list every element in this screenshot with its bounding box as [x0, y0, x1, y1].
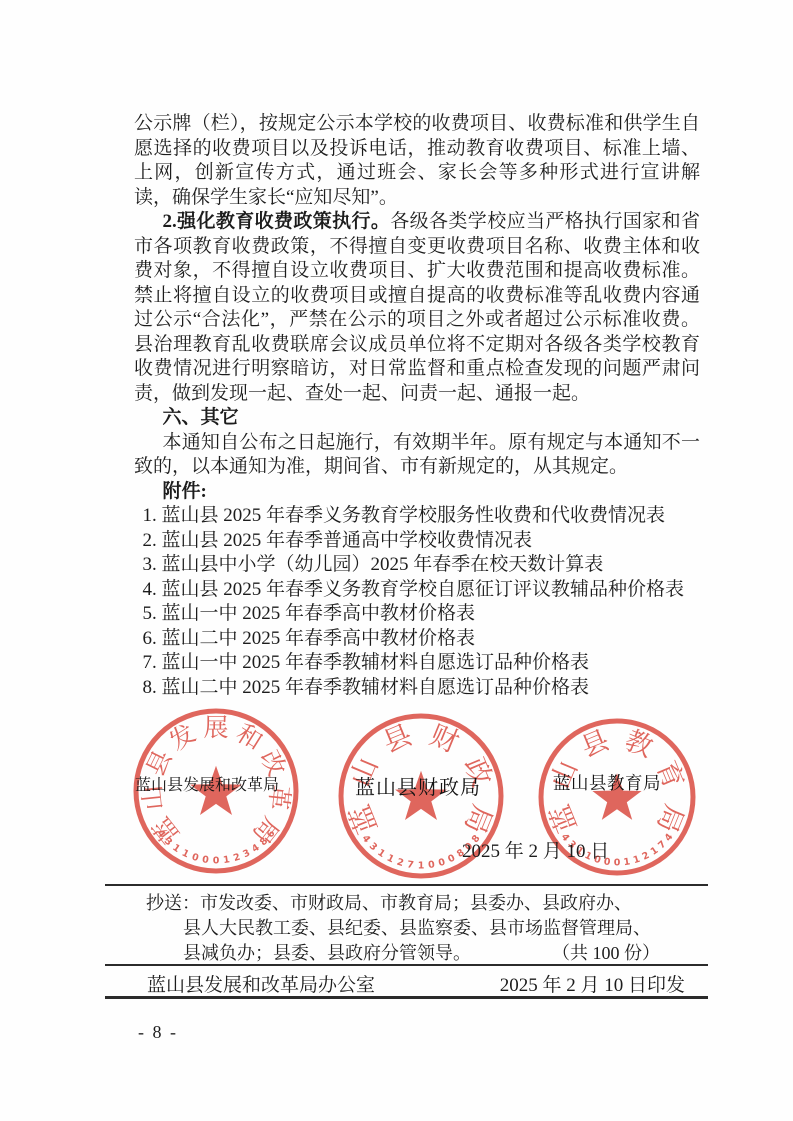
- svg-text:0: 0: [213, 856, 220, 867]
- svg-text:0: 0: [190, 852, 200, 865]
- svg-text:1: 1: [375, 847, 387, 860]
- cc-text-1: 市发改委、市财政局、市教育局；县委办、县政府办、: [200, 893, 632, 913]
- footer-divider-middle: [105, 964, 708, 966]
- attachment-item: 7. 蓝山一中 2025 年春季教辅材料自愿选订品种价格表: [134, 651, 700, 676]
- issuer-finance-bureau: 蓝山县财政局: [355, 771, 481, 800]
- cc-label: 抄送：: [146, 893, 200, 913]
- attachments-list: 1. 蓝山县 2025 年春季义务教育学校服务性收费和代收费情况表 2. 蓝山县…: [134, 504, 700, 700]
- svg-text:1: 1: [180, 848, 191, 861]
- paragraph-policy-enforcement: 2.强化教育收费政策执行。各级各类学校应当严格执行国家和省市各项教育收费政策，不…: [134, 210, 700, 406]
- document-body: 公示牌（栏），按规定公示本学校的收费项目、收费标准和供学生自愿选择的收费项目以及…: [134, 112, 700, 700]
- printing-office: 蓝山县发展和改革局办公室: [147, 970, 375, 997]
- cc-line-2: 县人大民教工委、县纪委、县监察委、县市场监督管理局、: [183, 914, 651, 940]
- svg-text:0: 0: [614, 858, 621, 869]
- paragraph-policy-text: 各级各类学校应当严格执行国家和省市各项教育收费政策，不得擅自变更收费项目名称、收…: [134, 211, 700, 404]
- svg-text:3: 3: [367, 841, 379, 854]
- printing-date: 2025 年 2 月 10 日印发: [500, 970, 685, 997]
- svg-text:1: 1: [623, 856, 631, 868]
- attachment-item: 6. 蓝山二中 2025 年春季高中教材价格表: [134, 627, 700, 652]
- svg-text:1: 1: [418, 861, 425, 872]
- section-heading-other: 六、其它: [134, 406, 700, 431]
- document-page: 公示牌（栏），按规定公示本学校的收费项目、收费标准和供学生自愿选择的收费项目以及…: [0, 0, 793, 1121]
- svg-text:0: 0: [201, 854, 210, 866]
- svg-text:0: 0: [427, 859, 436, 871]
- attachment-item: 1. 蓝山县 2025 年春季义务教育学校服务性收费和代收费情况表: [134, 504, 700, 529]
- page-number: - 8 -: [138, 1022, 178, 1043]
- attachment-item: 8. 蓝山二中 2025 年春季教辅材料自愿选订品种价格表: [134, 676, 700, 701]
- svg-text:2: 2: [395, 857, 405, 869]
- attachment-item: 2. 蓝山县 2025 年春季普通高中学校收费情况表: [134, 529, 700, 554]
- paragraph-lead-bold: 2.强化教育收费政策执行。: [163, 211, 391, 232]
- attachments-label: 附件:: [134, 480, 700, 505]
- issuer-development-reform-bureau: 蓝山县发展和改革局: [135, 772, 279, 795]
- paragraph-validity: 本通知自公布之日起施行，有效期半年。原有规定与本通知不一致的，以本通知为准，期间…: [134, 431, 700, 480]
- svg-text:2: 2: [232, 852, 242, 864]
- svg-text:展: 展: [203, 715, 228, 742]
- issuer-education-bureau: 蓝山县教育局: [553, 770, 661, 795]
- footer-divider-bottom: [105, 996, 708, 999]
- svg-text:1: 1: [170, 842, 182, 855]
- svg-text:0: 0: [446, 852, 457, 865]
- svg-text:1: 1: [385, 853, 396, 866]
- paragraph-publicity: 公示牌（栏），按规定公示本学校的收费项目、收费标准和供学生自愿选择的收费项目以及…: [134, 112, 700, 210]
- svg-text:1: 1: [222, 854, 230, 866]
- attachment-item: 5. 蓝山一中 2025 年春季高中教材价格表: [134, 602, 700, 627]
- cc-line-3: 县减负办；县委、县政府分管领导。: [183, 939, 471, 965]
- attachment-item: 3. 蓝山县中小学（幼儿园）2025 年春季在校天数计算表: [134, 553, 700, 578]
- cc-line-1: 抄送：市发改委、市财政局、市教育局；县委办、县政府办、: [146, 889, 632, 915]
- copies-count: （共 100 份）: [552, 939, 660, 965]
- attachment-item: 4. 蓝山县 2025 年春季义务教育学校自愿征订评议教辅品种价格表: [134, 578, 700, 603]
- svg-text:7: 7: [406, 859, 414, 871]
- svg-text:3: 3: [241, 848, 252, 861]
- svg-text:1: 1: [632, 854, 642, 866]
- issue-date: 2025 年 2 月 10 日: [462, 836, 609, 863]
- svg-text:0: 0: [437, 856, 447, 869]
